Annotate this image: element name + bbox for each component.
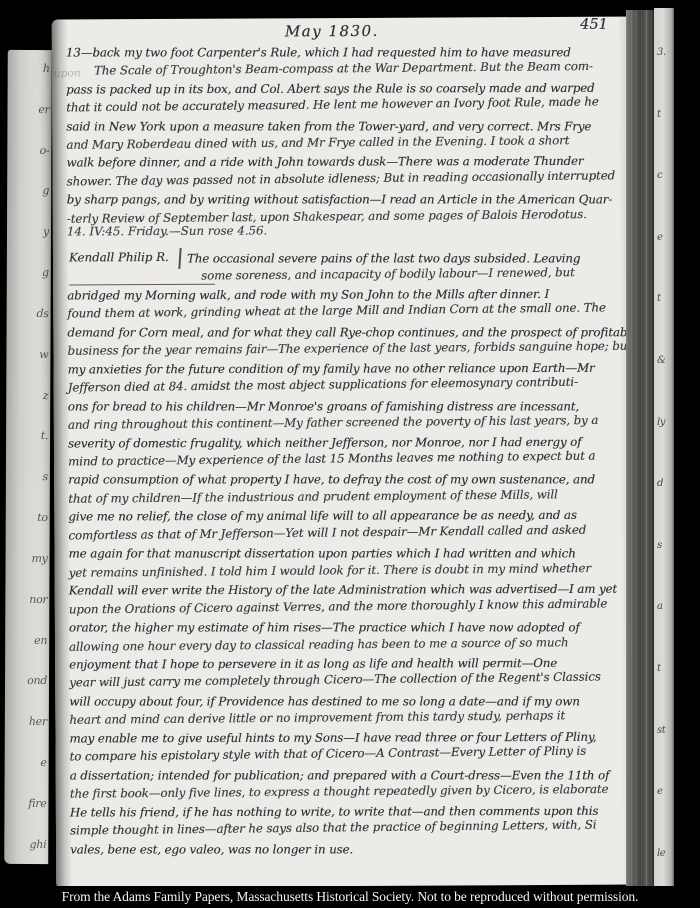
page-number: 451 bbox=[580, 17, 608, 33]
edge-fragment: to bbox=[37, 513, 47, 523]
binding-gutter bbox=[626, 10, 654, 888]
hand-line: vales, bene est, ego valeo, was no longe… bbox=[70, 840, 648, 859]
edge-fragment: ly bbox=[657, 418, 665, 427]
scan-background: { "colors":{ "background":"#000000", "pa… bbox=[0, 0, 700, 908]
edge-fragment: e bbox=[657, 233, 663, 242]
diary-entry-may13: 13—back my two foot Carpenter's Rule, wh… bbox=[66, 40, 645, 227]
edge-fragment: e bbox=[657, 787, 663, 796]
edge-fragment: t bbox=[657, 110, 661, 119]
edge-fragment: her bbox=[29, 717, 47, 727]
edge-fragment: fire bbox=[28, 799, 46, 809]
header-date: May 1830. bbox=[52, 21, 612, 42]
previous-page-edge: hero-gygdswzt.stomynorenondherefireghi bbox=[4, 50, 52, 864]
edge-fragment: ds bbox=[37, 309, 49, 319]
edge-fragment: g bbox=[42, 187, 49, 197]
edge-fragment: er bbox=[38, 105, 49, 115]
edge-fragment: a bbox=[657, 602, 663, 611]
edge-fragment: en bbox=[34, 636, 47, 646]
manuscript-page: May 1830. 451 upon 13—back my two foot C… bbox=[52, 16, 657, 887]
hand-line: The Scale of Troughton's Beam-compass at… bbox=[66, 57, 644, 81]
edge-fragment: y bbox=[43, 227, 49, 237]
hand-line: and ring throughout this continent—My fa… bbox=[68, 411, 646, 435]
edge-fragment: t. bbox=[41, 432, 48, 442]
edge-fragment: ond bbox=[27, 676, 47, 686]
edge-fragment: w bbox=[39, 350, 48, 360]
footer-caption: From the Adams Family Papers, Massachuse… bbox=[62, 889, 639, 905]
edge-fragment: z bbox=[43, 391, 49, 401]
edge-fragment: g bbox=[42, 268, 49, 278]
edge-fragment: e bbox=[40, 758, 46, 768]
edge-fragment: s bbox=[657, 541, 662, 550]
edge-fragment: o- bbox=[40, 146, 50, 156]
edge-fragment: le bbox=[657, 849, 665, 858]
edge-fragment: ghi bbox=[30, 840, 47, 850]
edge-fragment: t bbox=[657, 294, 661, 303]
edge-fragment: & bbox=[657, 356, 666, 365]
hand-line: some soreness, and incapacity of bodily … bbox=[67, 263, 645, 287]
edge-fragment: c bbox=[657, 171, 662, 180]
edge-fragment: d bbox=[657, 479, 663, 488]
edge-fragment: s bbox=[43, 472, 48, 482]
edge-fragment: 3. bbox=[657, 48, 666, 57]
facing-page-edge: 3.tcet&lydsatstele bbox=[654, 8, 674, 888]
footer-band: From the Adams Family Papers, Massachuse… bbox=[0, 886, 700, 908]
edge-fragment: h bbox=[43, 64, 50, 74]
edge-fragment: t bbox=[657, 664, 661, 673]
hand-line: and Mary Roberdeau dined with us, and Mr… bbox=[66, 131, 644, 155]
edge-fragment: nor bbox=[29, 595, 47, 605]
hand-line: the first book—only five lines, to expre… bbox=[70, 780, 648, 804]
dateline-may14: 14. IV:45. Friday.—Sun rose 4.56. bbox=[67, 223, 267, 238]
diary-entry-may14: The occasional severe pains of the last … bbox=[67, 246, 648, 858]
edge-fragment: my bbox=[31, 554, 47, 564]
hand-line: heart and mind can derive little or no i… bbox=[69, 706, 647, 730]
hand-line: business for the year remains fair—The e… bbox=[67, 337, 645, 361]
edge-fragment: st bbox=[657, 726, 665, 735]
